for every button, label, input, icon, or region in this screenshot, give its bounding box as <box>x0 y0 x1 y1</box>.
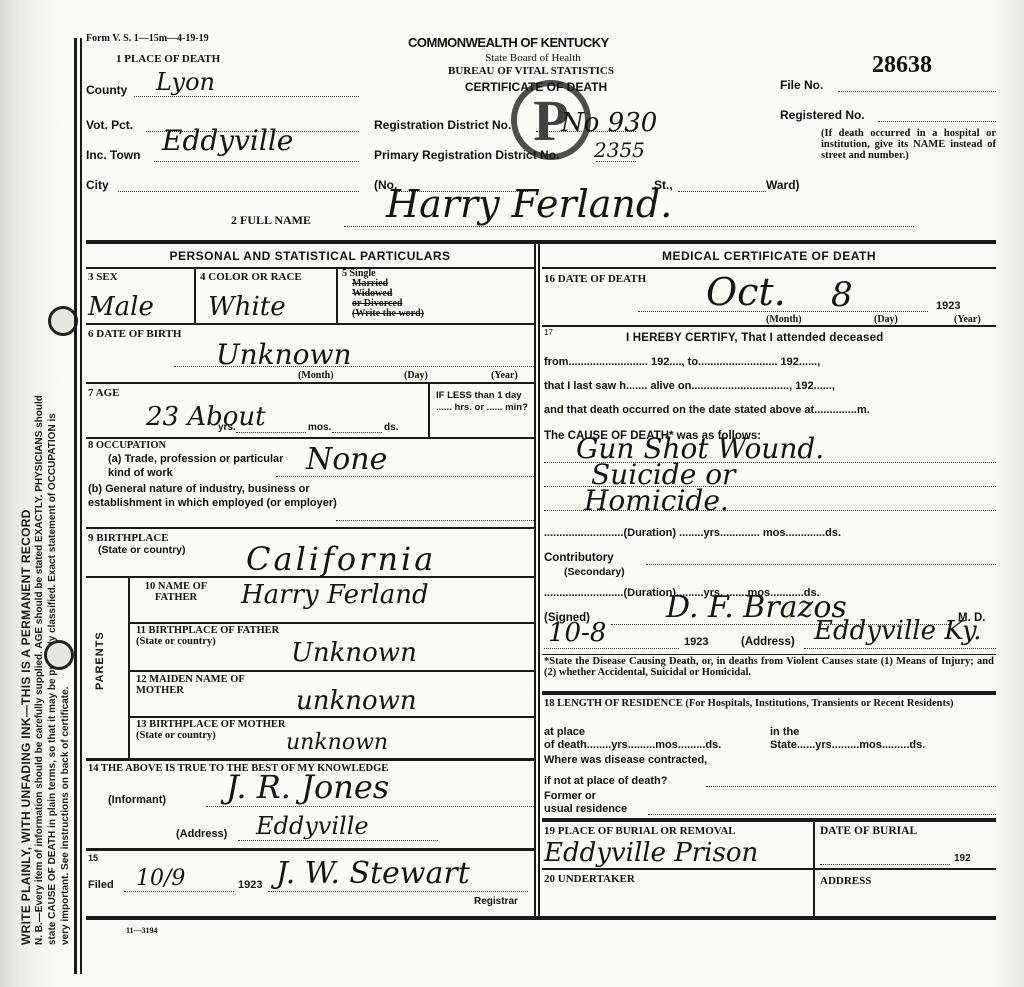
full-name-label: 2 FULL NAME <box>231 213 311 228</box>
residence-label: 18 LENGTH OF RESIDENCE (For Hospitals, I… <box>544 697 994 710</box>
burial-place-value: Eddyville Prison <box>544 838 758 868</box>
personal-section-title: PERSONAL AND STATISTICAL PARTICULARS <box>86 249 534 263</box>
father-birthplace-label: 11 BIRTHPLACE OF FATHER (State or countr… <box>136 625 286 647</box>
registration-district-label: Registration District No. <box>374 118 511 132</box>
former-label: Former or <box>544 790 596 802</box>
informant-address-label: (Address) <box>176 828 227 840</box>
ward-label: Ward) <box>766 178 800 192</box>
dod-day-value: 8 <box>831 275 853 315</box>
mother-birthplace-value: unknown <box>286 730 388 755</box>
race-label: 4 COLOR OR RACE <box>200 271 302 283</box>
full-name-value: Harry Ferland. <box>386 182 672 226</box>
cause-footnote: *State the Disease Causing Death, or, in… <box>544 656 994 678</box>
inc-town-value: Eddyville <box>162 124 293 157</box>
less-than-day-note: IF LESS than 1 day ...... hrs. or ......… <box>436 390 531 414</box>
signed-address-label: (Address) <box>741 636 795 648</box>
age-yrs-caption: yrs. <box>218 422 236 433</box>
marital-status-options: 5 Single Married Widowed or Divorced (Wr… <box>342 269 424 319</box>
place-of-death-label: 1 PLACE OF DEATH <box>116 53 220 65</box>
left-border-rule <box>74 38 82 974</box>
dob-day-caption: (Day) <box>404 370 428 381</box>
undertaker-label: 20 UNDERTAKER <box>544 873 635 885</box>
bureau-name: BUREAU OF VITAL STATISTICS <box>386 65 676 77</box>
attended-dates-line: from.......................... 192...., … <box>544 356 820 368</box>
registered-no-label: Registered No. <box>780 108 865 122</box>
birthplace-label: 9 BIRTHPLACE <box>88 532 169 544</box>
not-at-place-label: if not at place of death? <box>544 775 667 787</box>
age-value: 23 About <box>146 402 266 432</box>
burial-date-label: DATE OF BURIAL <box>820 825 917 837</box>
race-value: White <box>208 292 286 322</box>
duration-line: ..........................(Duration) ...… <box>544 527 841 539</box>
informant-value: J. R. Jones <box>226 768 389 806</box>
mother-birthplace-label: 13 BIRTHPLACE OF MOTHER (State or countr… <box>136 719 286 741</box>
state-line: State......yrs.........mos.........ds. <box>770 739 925 751</box>
dod-year-value: 1923 <box>936 300 960 312</box>
dob-label: 6 DATE OF BIRTH <box>88 328 181 340</box>
registrar-label: Registrar <box>474 896 518 907</box>
parents-label: PARENTS <box>94 631 106 690</box>
informant-address-value: Eddyville <box>256 812 369 840</box>
filed-number: 15 <box>88 853 98 863</box>
dod-month-caption: (Month) <box>766 314 802 325</box>
occupation-a-label: (a) Trade, profession or particular kind… <box>108 452 288 480</box>
punch-hole-icon <box>44 640 74 670</box>
dod-label: 16 DATE OF DEATH <box>544 273 646 285</box>
birthplace-value: California <box>246 540 436 578</box>
dob-month-caption: (Month) <box>298 370 334 381</box>
certify-number: 17 <box>544 328 553 337</box>
board-name: State Board of Health <box>408 52 658 64</box>
certificate-form: Form V. S. 1—15m—4-19-19 1 PLACE OF DEAT… <box>86 30 996 920</box>
secondary-label: (Secondary) <box>564 566 625 578</box>
birthplace-sublabel: (State or country) <box>98 544 186 556</box>
burial-year: 192 <box>954 853 971 864</box>
primary-registration-value: 2355 <box>594 138 645 162</box>
sex-value: Male <box>88 292 154 322</box>
vot-pct-label: Vot. Pct. <box>86 118 133 132</box>
filed-date-value: 10/9 <box>136 866 185 891</box>
county-label: County <box>86 83 127 97</box>
death-occurred-line: and that death occurred on the date stat… <box>544 404 870 416</box>
disease-contracted-label: Where was disease contracted, <box>544 754 707 766</box>
in-the-label: in the <box>770 726 799 738</box>
marital-write-word: (Write the word) <box>342 309 424 319</box>
side-instruction-line-1: N. B.—Every item of information should b… <box>33 395 46 945</box>
dod-month-value: Oct. <box>706 270 786 314</box>
father-name-value: Harry Ferland <box>241 580 429 610</box>
file-no-value: 28638 <box>872 52 932 79</box>
age-label: 7 AGE <box>88 387 119 399</box>
certify-statement: I HEREBY CERTIFY, That I attended deceas… <box>626 332 883 344</box>
mother-maiden-label: 12 MAIDEN NAME OF MOTHER <box>136 674 266 696</box>
file-no-label: File No. <box>780 78 823 92</box>
sex-label: 3 SEX <box>88 271 118 283</box>
signed-date-value: 10-8 <box>548 618 606 648</box>
primary-registration-label: Primary Registration District No. <box>374 148 559 162</box>
undertaker-address-label: ADDRESS <box>820 875 871 887</box>
last-saw-line: that I last saw h....... alive on.......… <box>544 380 835 392</box>
informant-label: (Informant) <box>108 794 166 806</box>
side-instruction-line-2: state CAUSE OF DEATH in plain terms, so … <box>46 413 59 945</box>
filed-label: Filed <box>88 879 114 891</box>
mother-maiden-value: unknown <box>296 686 417 716</box>
occupation-a-value: None <box>306 442 387 477</box>
dod-day-caption: (Day) <box>874 314 898 325</box>
dod-year-caption: (Year) <box>954 314 981 325</box>
burial-place-label: 19 PLACE OF BURIAL OR REMOVAL <box>544 825 736 837</box>
inc-town-label: Inc. Town <box>86 148 140 162</box>
footer-form-code: 11—3194 <box>126 926 158 935</box>
commonwealth-title: COMMONWEALTH OF KENTUCKY <box>408 35 658 50</box>
medical-section-title: MEDICAL CERTIFICATE OF DEATH <box>542 249 996 263</box>
usual-residence-label: usual residence <box>544 803 627 815</box>
county-value: Lyon <box>156 68 215 96</box>
father-birthplace-value: Unknown <box>291 638 417 668</box>
cause-line-3: Homicide. <box>584 484 729 517</box>
registrar-signature: J. W. Stewart <box>276 856 470 891</box>
form-number: Form V. S. 1—15m—4-19-19 <box>86 33 209 44</box>
contributory-label: Contributory <box>544 552 614 564</box>
registration-district-value: No 930 <box>561 108 657 138</box>
occupation-b-label: (b) General nature of industry, business… <box>88 482 338 510</box>
occupation-label: 8 OCCUPATION <box>88 440 166 451</box>
signed-address-value: Eddyville Ky. <box>814 616 982 646</box>
side-instruction-line-3: very important. See instructions on back… <box>59 687 72 945</box>
age-mos-caption: mos. <box>308 422 331 433</box>
filed-year: 1923 <box>238 879 262 891</box>
age-ds-caption: ds. <box>384 422 398 433</box>
hospital-note: (If death occurred in a hospital or inst… <box>821 128 996 161</box>
of-death-line: of death........yrs.........mos.........… <box>544 739 721 751</box>
side-title: WRITE PLAINLY, WITH UNFADING INK—THIS IS… <box>20 509 33 945</box>
at-place-label: at place <box>544 726 585 738</box>
side-instructions: WRITE PLAINLY, WITH UNFADING INK—THIS IS… <box>0 0 80 987</box>
father-name-label: 10 NAME OF FATHER <box>136 581 216 603</box>
city-label: City <box>86 178 109 192</box>
signed-year: 1923 <box>684 636 708 648</box>
death-certificate-page: WRITE PLAINLY, WITH UNFADING INK—THIS IS… <box>0 0 1024 987</box>
dob-value: Unknown <box>216 338 352 371</box>
dob-year-caption: (Year) <box>491 370 518 381</box>
